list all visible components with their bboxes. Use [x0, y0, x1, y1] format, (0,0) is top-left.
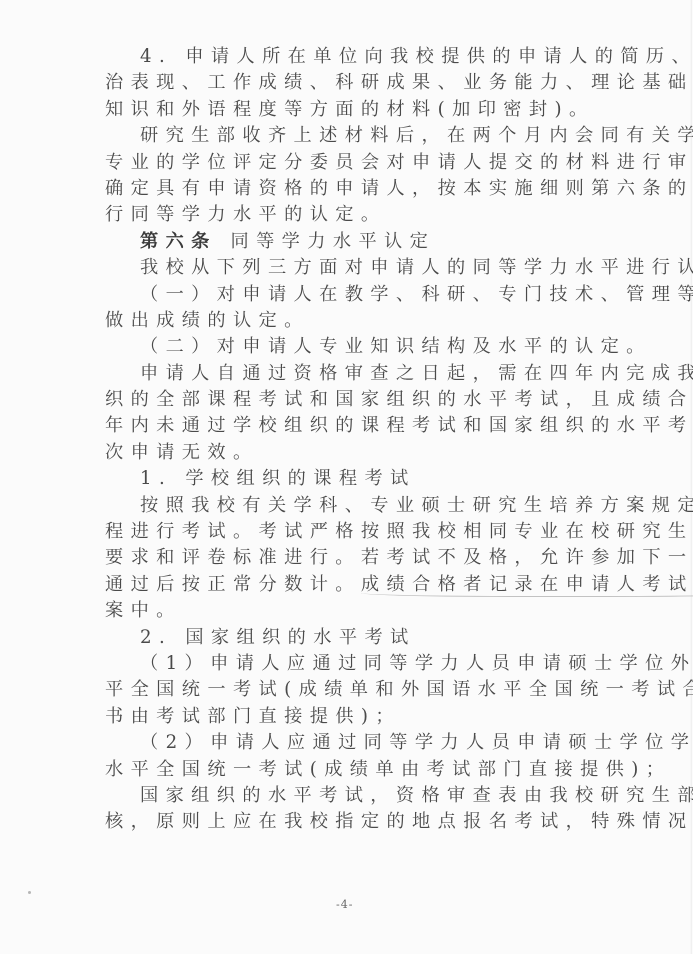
paragraph-line: 4. 申请人所在单位向我校提供的申请人的简历、思想政: [105, 44, 605, 70]
section-heading: 2. 国家组织的水平考试: [105, 625, 605, 651]
article-heading: 第六条 同等学力水平认定: [105, 229, 605, 255]
paragraph-line: 按照我校有关学科、专业硕士研究生培养方案规定的课: [105, 493, 605, 519]
paragraph-line: 研究生部收齐上述材料后，在两个月内会同有关学科、: [105, 123, 605, 149]
line-text: 确定具有申请资格的申请人，按本实施细则第六条的要求进: [105, 178, 693, 199]
paragraph-line: 次申请无效。: [105, 440, 605, 466]
line-text: （2）申请人应通过同等学力人员申请硕士学位学科综合: [140, 732, 693, 753]
paragraph-line: 案中。: [105, 598, 605, 624]
paragraph-line: （一）对申请人在教学、科研、专门技术、管理等方面: [105, 282, 605, 308]
line-text: 程进行考试。考试严格按照我校相同专业在校研究生的考试: [105, 521, 693, 542]
line-text: 1. 学校组织的课程考试: [140, 468, 416, 489]
line-text: 申请人自通过资格审查之日起，需在四年内完成我校组: [140, 363, 693, 384]
line-text: 通过后按正常分数计。: [105, 574, 361, 595]
line-text: 案中。: [105, 600, 182, 621]
line-text: 我校从下列三方面对申请人的同等学力水平进行认定：: [140, 257, 693, 278]
paragraph-line: 程进行考试。考试严格按照我校相同专业在校研究生的考试: [105, 519, 605, 545]
line-text: 织的全部课程考试和国家组织的水平考试，且成绩合格。四: [105, 389, 693, 410]
line-text: 平全国统一考试(成绩单和外国语水平全国统一考试合格证: [105, 679, 693, 700]
page-number: -4-: [336, 898, 353, 911]
paragraph-line: 核，原则上应在我校指定的地点报名考试，特殊情况者须经: [105, 809, 605, 835]
paragraph-line: 织的全部课程考试和国家组织的水平考试，且成绩合格。四: [105, 387, 605, 413]
paragraph-line: 知识和外语程度等方面的材料(加印密封)。: [105, 97, 605, 123]
paragraph-line: （二）对申请人专业知识结构及水平的认定。: [105, 334, 605, 360]
paragraph-line: 书由考试部门直接提供)；: [105, 704, 605, 730]
article-number: 第六条: [140, 231, 231, 252]
line-text: 次申请无效。: [105, 442, 259, 463]
paragraph-line: 要求和评卷标准进行。若考试不及格，允许参加下一轮重考，: [105, 545, 605, 571]
line-text: （二）对申请人专业知识结构及水平的认定。: [140, 336, 652, 357]
line-text: 2. 国家组织的水平考试: [140, 627, 416, 648]
scan-speck: [28, 891, 31, 894]
line-text: 研究生部收齐上述材料后，在两个月内会同有关学科、: [140, 125, 693, 146]
paragraph-line: （1）申请人应通过同等学力人员申请硕士学位外国语水: [105, 651, 605, 677]
line-text: 书由考试部门直接提供)；: [105, 706, 401, 727]
paragraph-line: 行同等学力水平的认定。: [105, 202, 605, 228]
line-text: 国家组织的水平考试，资格审查表由我校研究生部审: [140, 785, 693, 806]
article-title: 同等学力水平认定: [231, 231, 436, 252]
paragraph-line: 平全国统一考试(成绩单和外国语水平全国统一考试合格证: [105, 677, 605, 703]
paragraph-line: 通过后按正常分数计。成绩合格者记录在申请人考试成绩档: [105, 572, 605, 598]
line-text: 做出成绩的认定。: [105, 310, 310, 331]
line-text: 年内未通过学校组织的课程考试和国家组织的水平考试，本: [105, 415, 693, 436]
line-text: 行同等学力水平的认定。: [105, 204, 386, 225]
paragraph-line: 国家组织的水平考试，资格审查表由我校研究生部审: [105, 783, 605, 809]
paragraph-line: 确定具有申请资格的申请人，按本实施细则第六条的要求进: [105, 176, 605, 202]
paragraph-line: （2）申请人应通过同等学力人员申请硕士学位学科综合: [105, 730, 605, 756]
line-text: 专业的学位评定分委员会对申请人提交的材料进行审查。对: [105, 152, 693, 173]
line-text: 要求和评卷标准进行。若考试不及格，允许参加下一轮重考，: [105, 547, 693, 568]
line-text: 治表现、工作成绩、科研成果、业务能力、理论基础、专业: [105, 72, 693, 93]
document-page: 4. 申请人所在单位向我校提供的申请人的简历、思想政 治表现、工作成绩、科研成果…: [0, 0, 693, 954]
line-text: （1）申请人应通过同等学力人员申请硕士学位外国语水: [140, 653, 693, 674]
paragraph-line: 水平全国统一考试(成绩单由考试部门直接提供)；: [105, 757, 605, 783]
paragraph-line: 治表现、工作成绩、科研成果、业务能力、理论基础、专业: [105, 70, 605, 96]
line-text: 4. 申请人所在单位向我校提供的申请人的简历、思想政: [140, 46, 693, 67]
paragraph-line: 申请人自通过资格审查之日起，需在四年内完成我校组: [105, 361, 605, 387]
line-text: （一）对申请人在教学、科研、专门技术、管理等方面: [140, 284, 693, 305]
paragraph-line: 专业的学位评定分委员会对申请人提交的材料进行审查。对: [105, 150, 605, 176]
paragraph-line: 做出成绩的认定。: [105, 308, 605, 334]
pencil-underline: 成绩合格者记录在申请人考试成绩档: [361, 574, 693, 597]
line-text: 按照我校有关学科、专业硕士研究生培养方案规定的课: [140, 495, 693, 516]
document-body: 4. 申请人所在单位向我校提供的申请人的简历、思想政 治表现、工作成绩、科研成果…: [105, 44, 605, 836]
paragraph-line: 我校从下列三方面对申请人的同等学力水平进行认定：: [105, 255, 605, 281]
section-heading: 1. 学校组织的课程考试: [105, 466, 605, 492]
line-text: 知识和外语程度等方面的材料(加印密封)。: [105, 99, 595, 120]
paragraph-line: 年内未通过学校组织的课程考试和国家组织的水平考试，本: [105, 413, 605, 439]
line-text: 核，原则上应在我校指定的地点报名考试，特殊情况者须经: [105, 811, 693, 832]
line-text: 水平全国统一考试(成绩单由考试部门直接提供)；: [105, 759, 671, 780]
